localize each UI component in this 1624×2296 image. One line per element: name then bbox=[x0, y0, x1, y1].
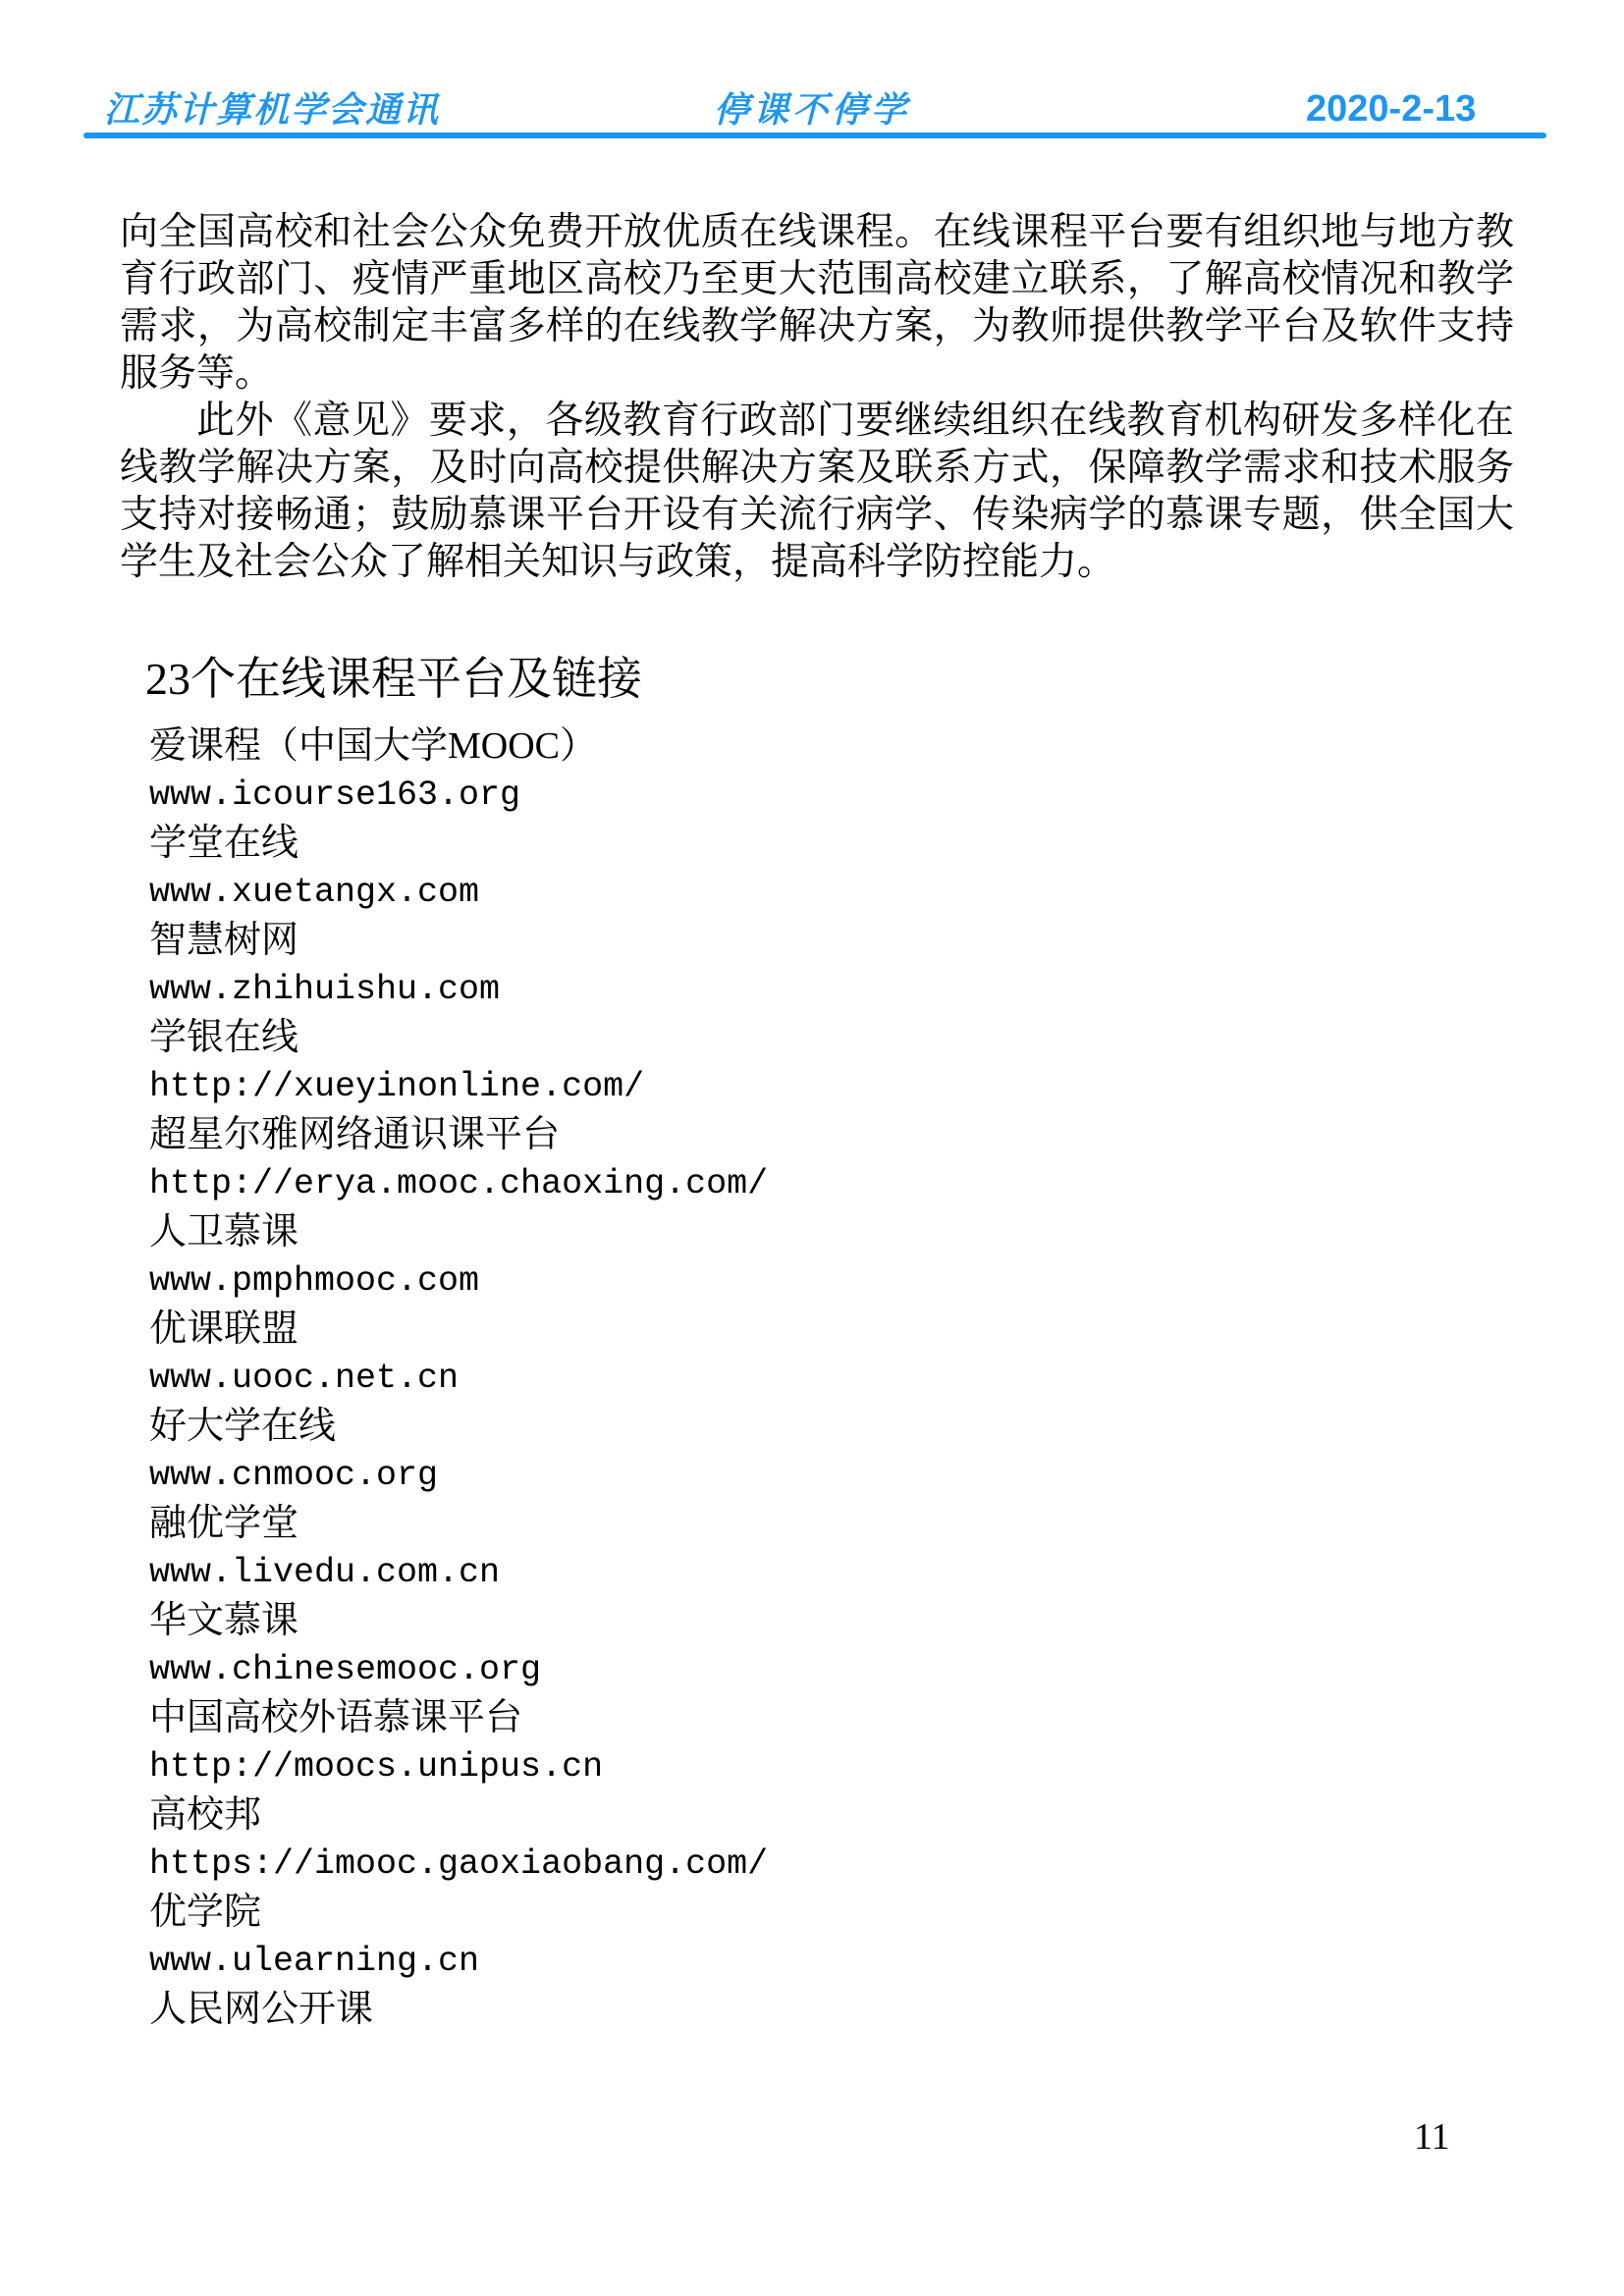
platform-name: 智慧树网 bbox=[149, 917, 1524, 966]
platform-url: www.chinesemooc.org bbox=[149, 1646, 1524, 1695]
platform-url: https://imooc.gaoxiaobang.com/ bbox=[149, 1841, 1524, 1890]
platform-url: www.livedu.com.cn bbox=[149, 1549, 1524, 1598]
platform-name: 人卫慕课 bbox=[149, 1208, 1524, 1257]
platform-url: www.ulearning.cn bbox=[149, 1938, 1524, 1987]
platform-url: www.xuetangx.com bbox=[149, 869, 1524, 918]
document-page: 停课不停学 江苏计算机学会通讯 2020-2-13 向全国高校和社会公众免费开放… bbox=[0, 0, 1624, 2296]
platform-url: http://xueyinonline.com/ bbox=[149, 1063, 1524, 1112]
platform-name: 超星尔雅网络通识课平台 bbox=[149, 1111, 1524, 1160]
platform-url: www.icourse163.org bbox=[149, 772, 1524, 821]
platform-name: 爱课程（中国大学MOOC） bbox=[149, 722, 1524, 772]
platform-name: 华文慕课 bbox=[149, 1597, 1524, 1646]
page-number: 11 bbox=[1414, 2115, 1450, 2159]
platform-url: http://moocs.unipus.cn bbox=[149, 1743, 1524, 1792]
paragraph-2: 此外《意见》要求，各级教育行政部门要继续组织在线教育机构研发多样化在线教学解决方… bbox=[120, 398, 1514, 586]
platform-url: www.pmphmooc.com bbox=[149, 1257, 1524, 1307]
platform-name: 优课联盟 bbox=[149, 1306, 1524, 1355]
platform-name: 中国高校外语慕课平台 bbox=[149, 1694, 1524, 1743]
platform-name: 学银在线 bbox=[149, 1014, 1524, 1063]
header-date: 2020-2-13 bbox=[1306, 88, 1476, 131]
platform-url: http://erya.mooc.chaoxing.com/ bbox=[149, 1160, 1524, 1209]
platform-name: 高校邦 bbox=[149, 1791, 1524, 1841]
platform-url: www.zhihuishu.com bbox=[149, 966, 1524, 1015]
header-rule bbox=[83, 133, 1546, 138]
body-text: 向全国高校和社会公众免费开放优质在线课程。在线课程平台要有组织地与地方教育行政部… bbox=[120, 209, 1514, 586]
platform-list: 爱课程（中国大学MOOC）www.icourse163.org学堂在线www.x… bbox=[149, 722, 1524, 2035]
platform-name: 人民网公开课 bbox=[149, 1986, 1524, 2035]
platform-name: 融优学堂 bbox=[149, 1500, 1524, 1549]
platform-name: 优学院 bbox=[149, 1889, 1524, 1938]
section-heading: 23个在线课程平台及链接 bbox=[145, 654, 642, 705]
platform-name: 学堂在线 bbox=[149, 820, 1524, 869]
header-left-title: 江苏计算机学会通讯 bbox=[104, 82, 440, 133]
platform-url: www.cnmooc.org bbox=[149, 1452, 1524, 1501]
paragraph-1: 向全国高校和社会公众免费开放优质在线课程。在线课程平台要有组织地与地方教育行政部… bbox=[120, 209, 1514, 398]
platform-url: www.uooc.net.cn bbox=[149, 1355, 1524, 1404]
platform-name: 好大学在线 bbox=[149, 1403, 1524, 1452]
